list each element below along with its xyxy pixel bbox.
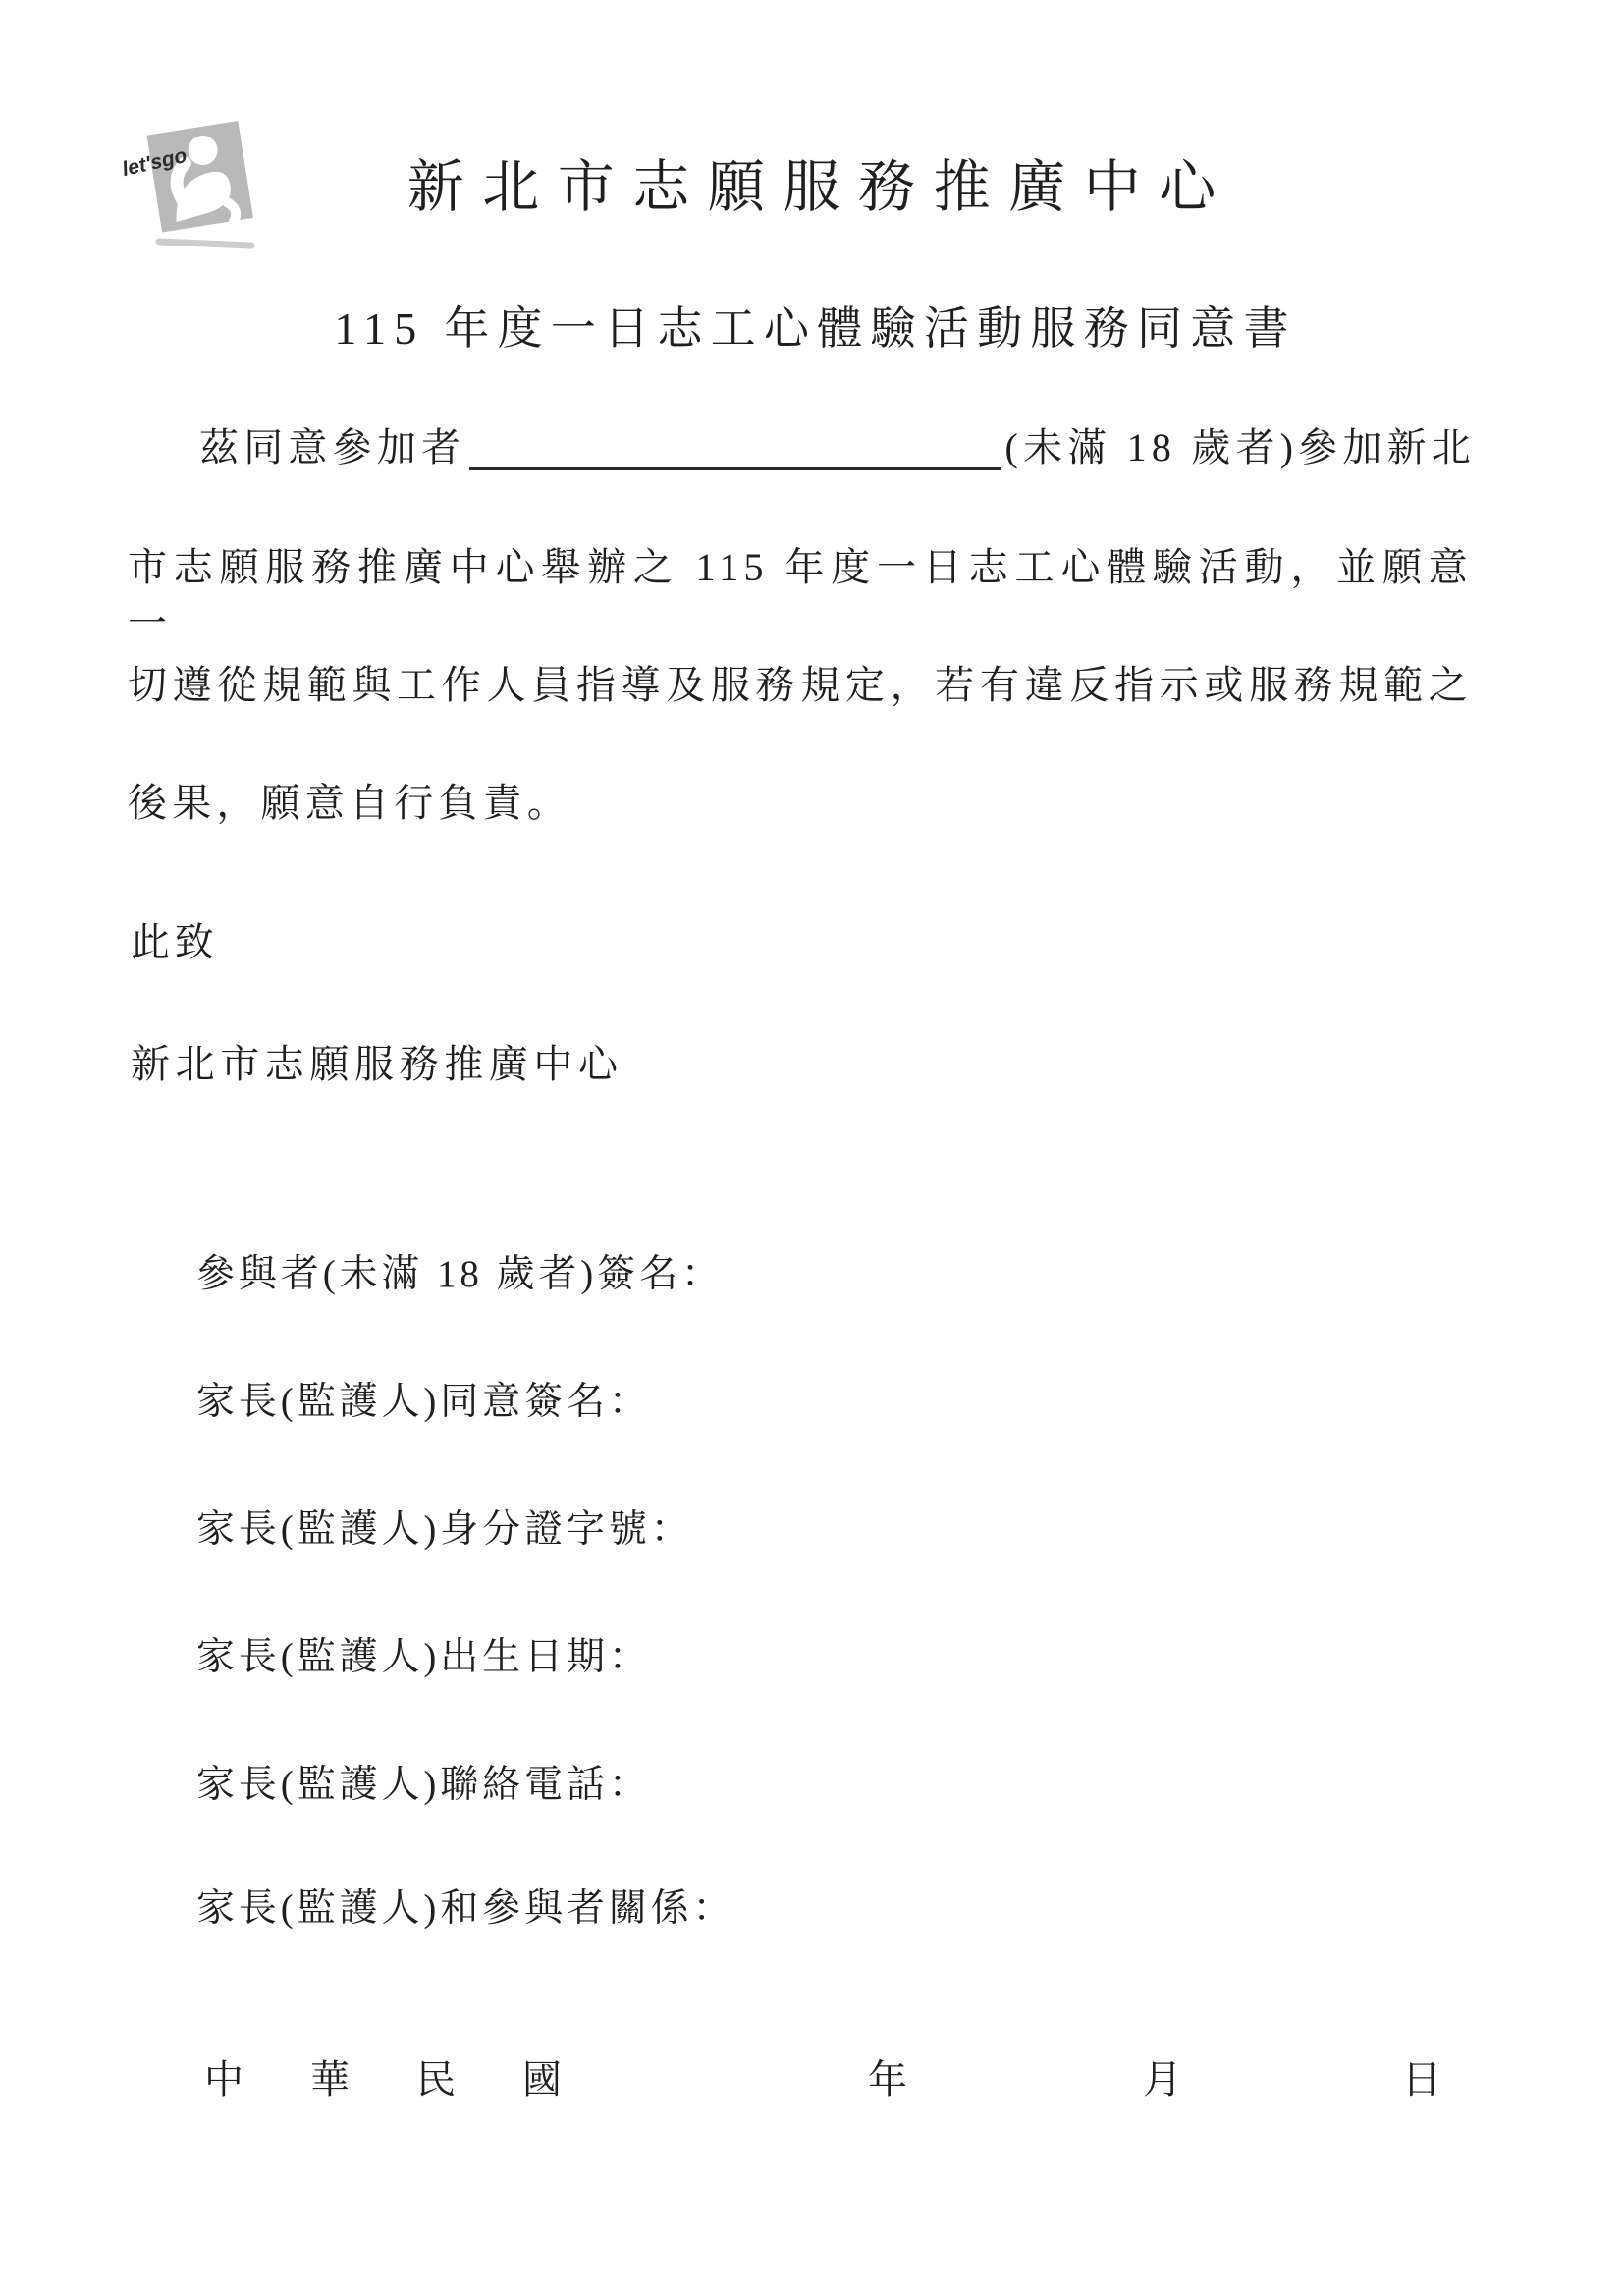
date-day-label: 日 xyxy=(1402,2049,1441,2105)
consent-line-1-prefix: 茲同意參加者 xyxy=(199,416,465,472)
signature-field-guardian-phone: 家長(監護人)聯絡電話： xyxy=(196,1754,651,1809)
consent-line-3: 切遵從規範與工作人員指導及服務規定，若有違反指示或服務規範之 xyxy=(128,654,1473,710)
date-line: 中華民國 年 月 日 xyxy=(0,2049,1623,2107)
scanned-consent-form-page: let'sgo 新北市志願服務推廣中心 115 年度一日志工心體驗活動服務同意書… xyxy=(0,0,1623,2296)
signature-field-guardian-signature: 家長(監護人)同意簽名： xyxy=(196,1371,651,1426)
consent-line-1-suffix: (未滿 18 歲者)參加新北 xyxy=(1005,416,1476,472)
date-year-label: 年 xyxy=(868,2049,907,2105)
addressee: 新北市志願服務推廣中心 xyxy=(131,1033,623,1089)
date-month-label: 月 xyxy=(1143,2049,1182,2105)
signature-field-guardian-birthdate: 家長(監護人)出生日期： xyxy=(196,1626,651,1681)
participant-name-blank xyxy=(469,424,1001,470)
consent-line-4: 後果，願意自行負責。 xyxy=(128,772,1473,828)
signature-field-participant-signature: 參與者(未滿 18 歲者)簽名： xyxy=(196,1243,724,1298)
document-subtitle: 115 年度一日志工心體驗活動服務同意書 xyxy=(0,293,1623,357)
consent-line-2: 市志願服務推廣中心舉辦之 115 年度一日志工心體驗活動，並願意一 xyxy=(128,536,1473,648)
signature-field-guardian-relationship: 家長(監護人)和參與者關係： xyxy=(196,1878,735,1933)
document-title: 新北市志願服務推廣中心 xyxy=(0,140,1623,223)
signature-field-guardian-id-number: 家長(監護人)身分證字號： xyxy=(196,1499,693,1554)
consent-line-1: 茲同意參加者 (未滿 18 歲者)參加新北 xyxy=(199,416,1476,472)
date-era-label: 中華民國 xyxy=(204,2049,628,2105)
salutation: 此致 xyxy=(131,911,219,967)
